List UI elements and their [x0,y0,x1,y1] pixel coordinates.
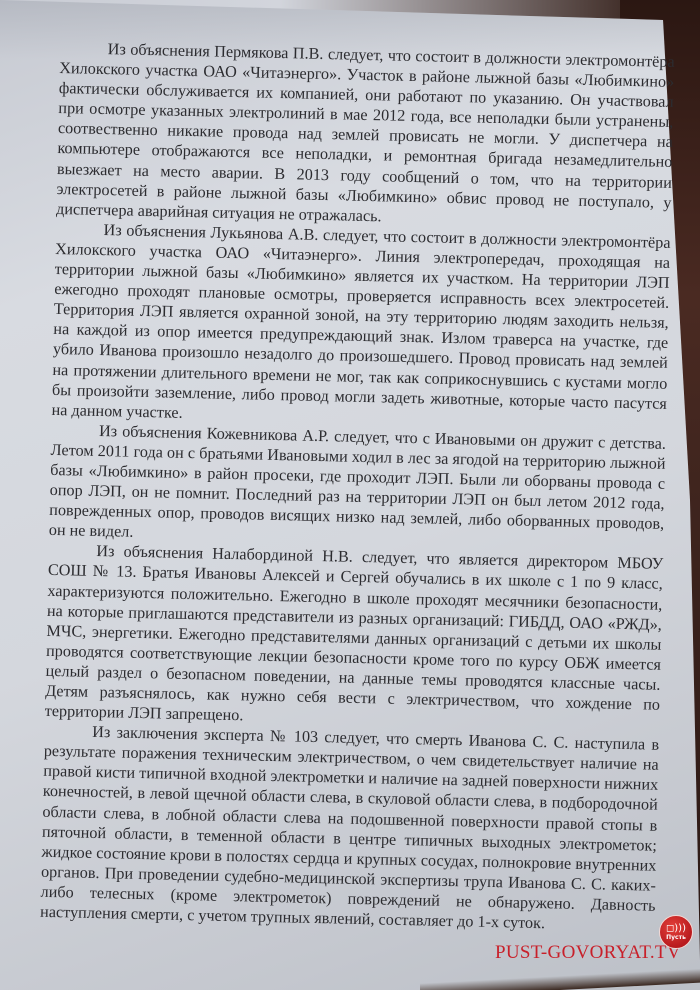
document-body: Из объяснения Пермякова П.В. следует, чт… [40,38,675,936]
paragraph-nalabordina-statement: Из объяснения Налабординой Н.В. следует,… [45,540,664,735]
logo-label: Пусть [666,934,686,941]
paragraph-expert-conclusion: Из заключения эксперта № 103 следует, чт… [40,721,659,936]
speaker-icon: ◻))) [666,924,686,934]
paragraph-lukyanov-statement: Из объяснения Лукьянова А.В. следует, чт… [51,219,670,434]
paragraph-permyakov-statement: Из объяснения Пермякова П.В. следует, чт… [56,38,675,233]
watermark-site-name: PUST-GOVORYAT.TV [495,942,681,964]
paragraph-kozhevnikov-statement: Из объяснения Кожевникова А.Р. следует, … [49,420,667,554]
watermark-logo: ◻))) Пусть [659,915,693,949]
